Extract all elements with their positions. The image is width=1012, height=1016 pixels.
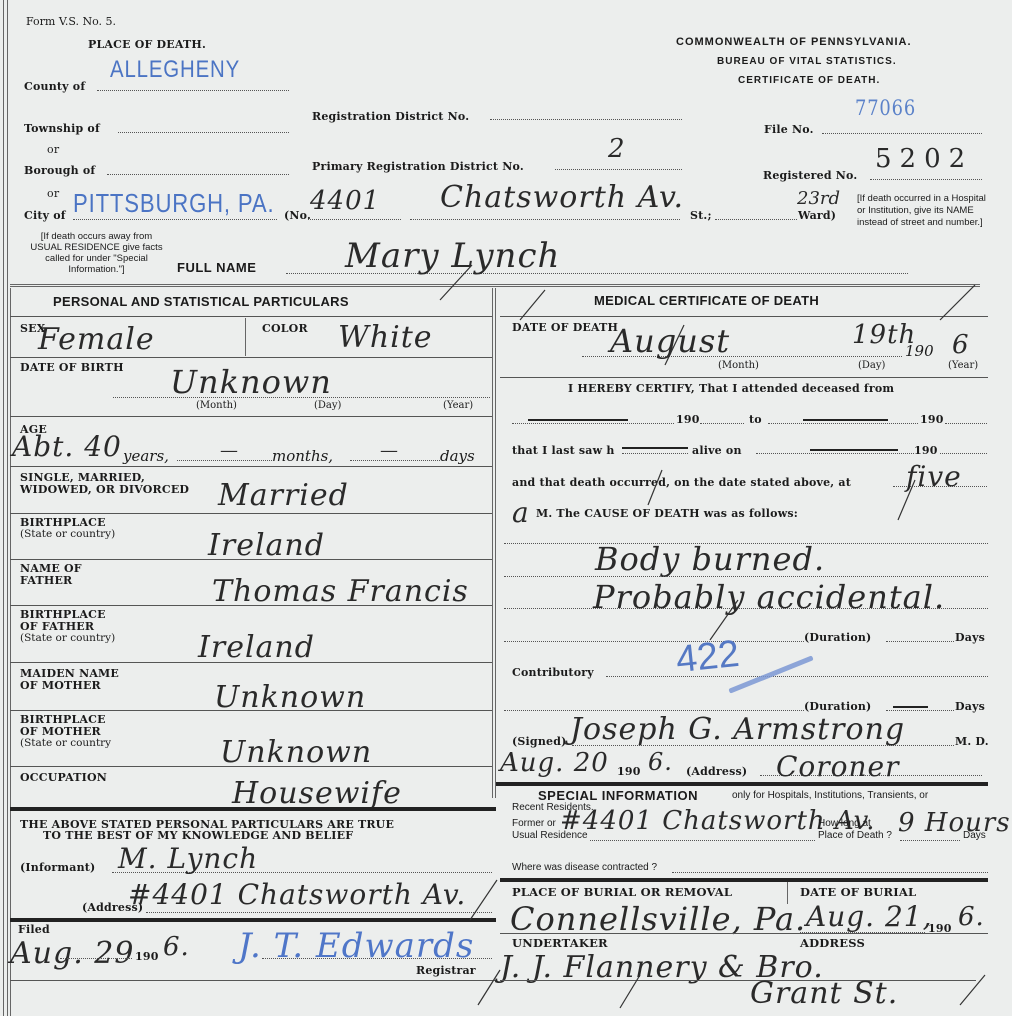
death-certificate: Form V.S. No. 5. PLACE OF DEATH. COMMONW…	[0, 0, 1012, 1016]
pen-check-marks	[0, 0, 1012, 1016]
